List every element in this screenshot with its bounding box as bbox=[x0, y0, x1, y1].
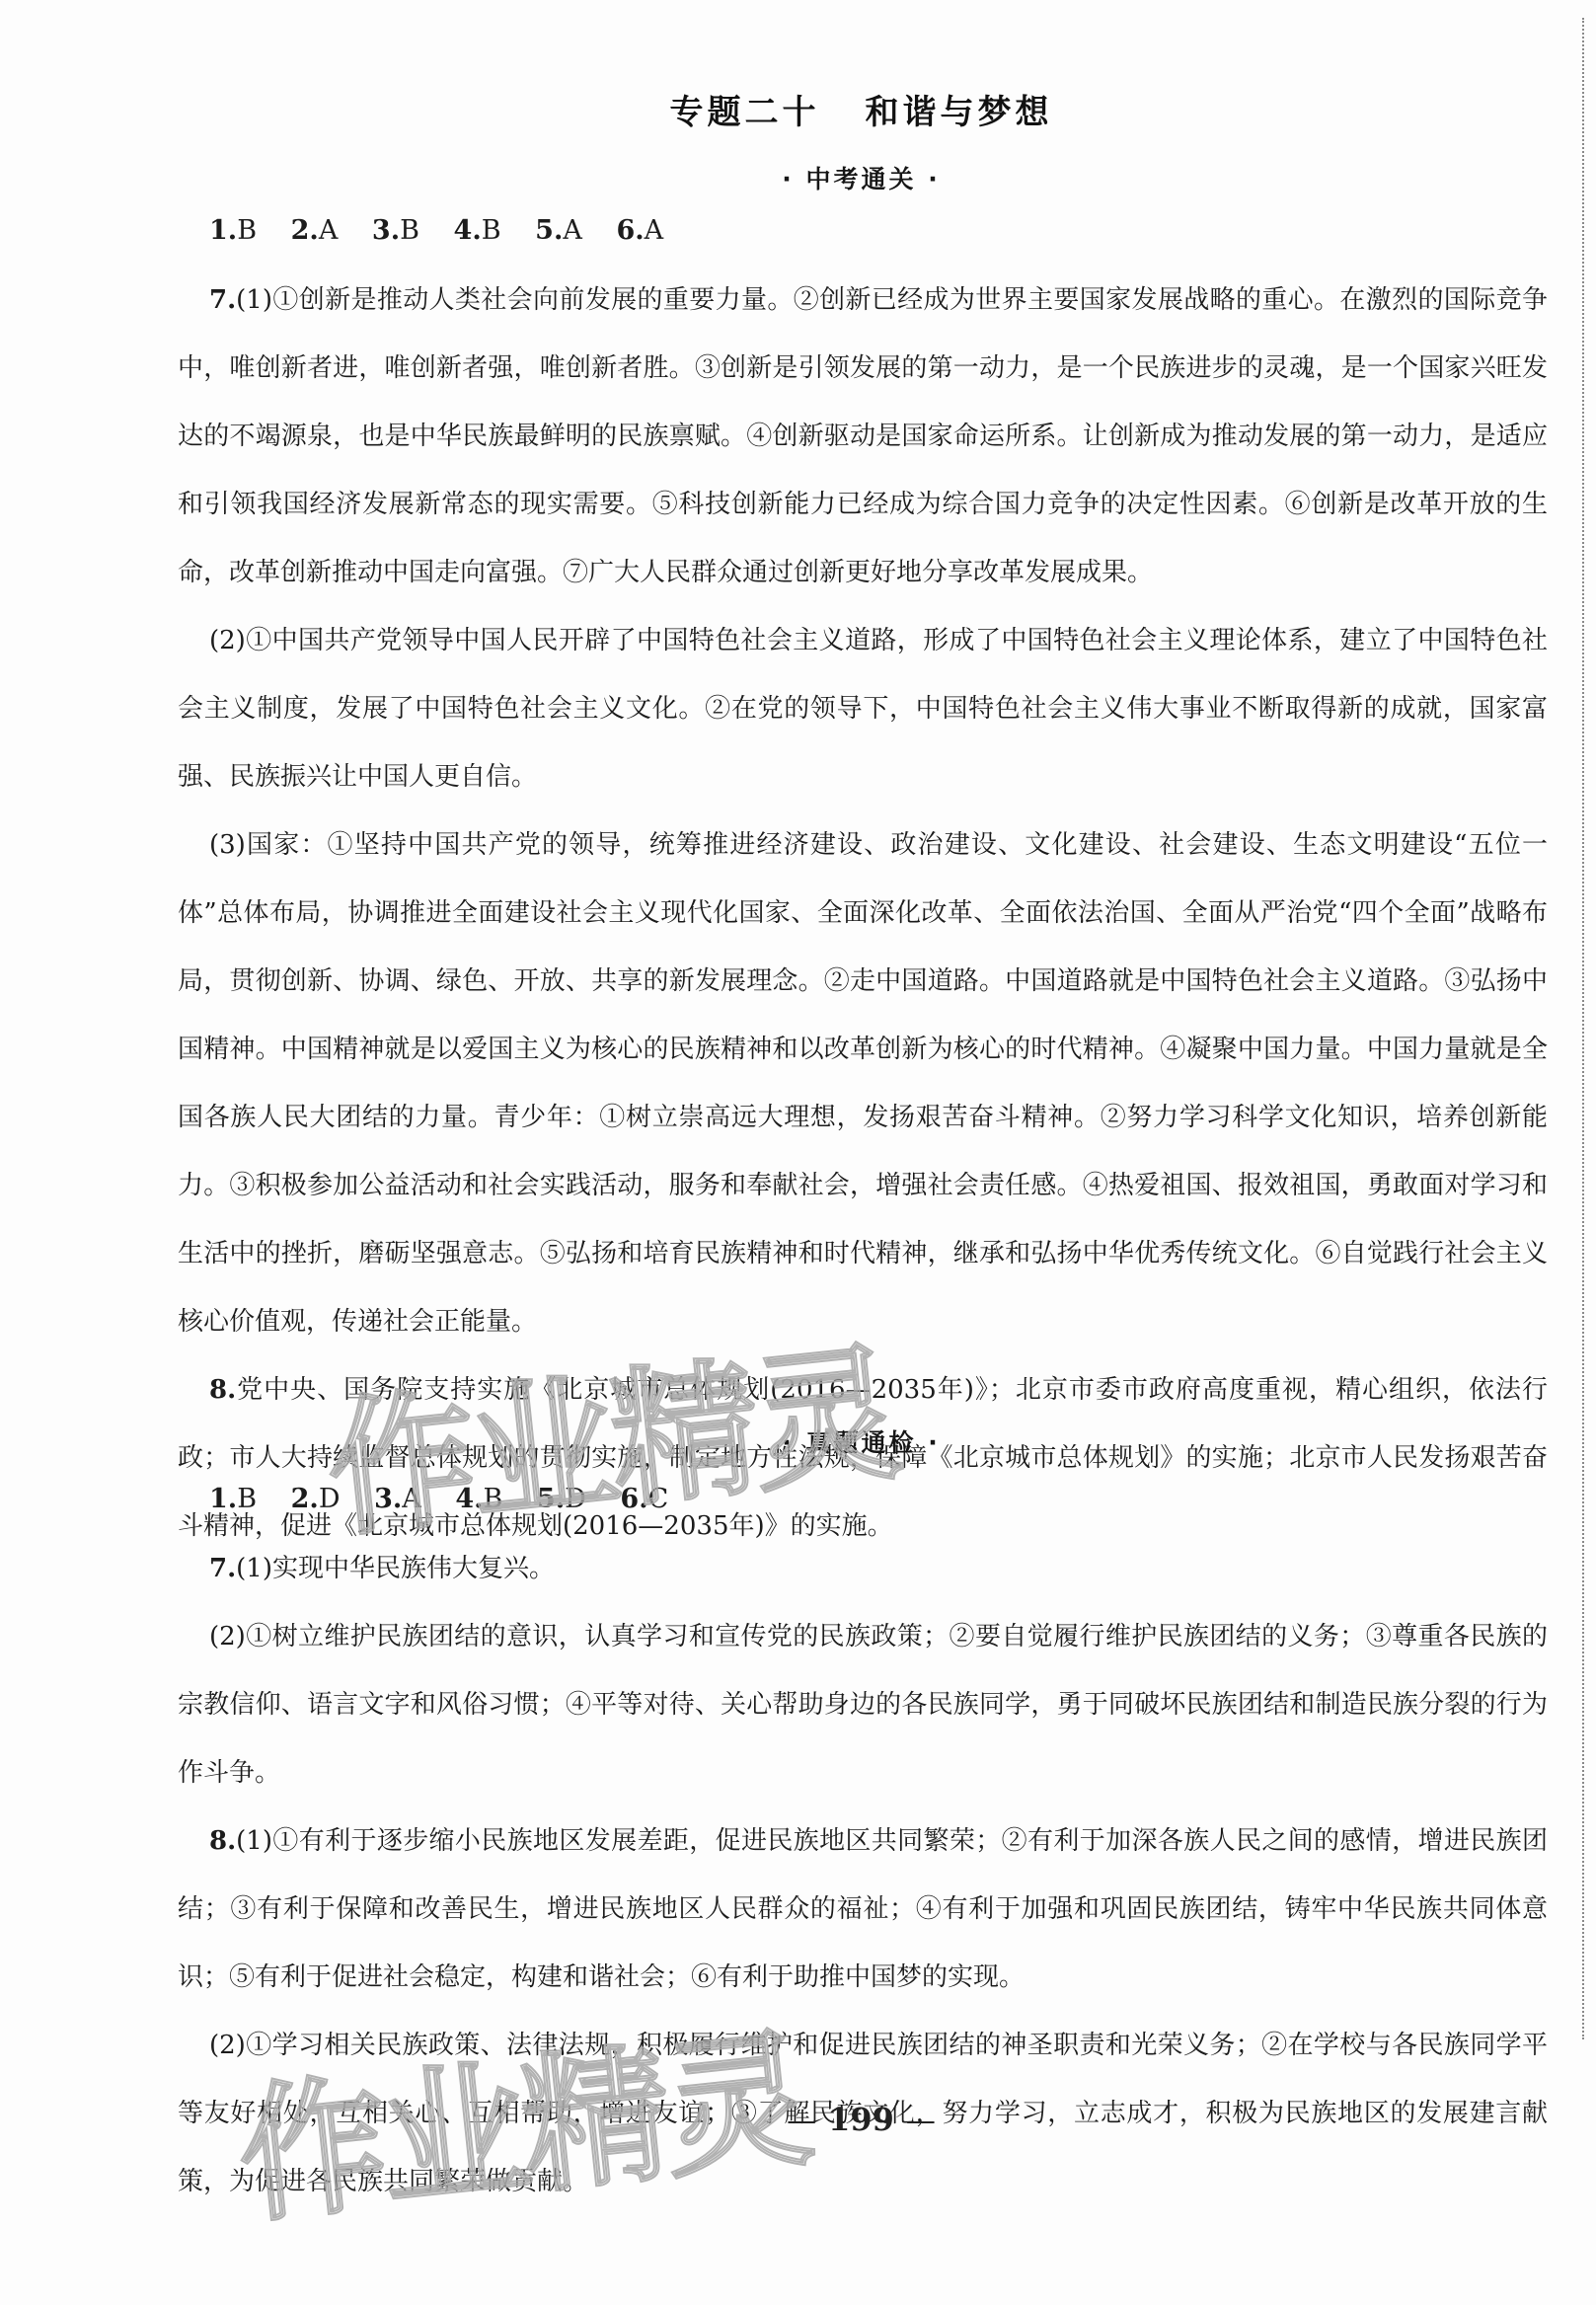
answer-item: 6.A bbox=[616, 215, 663, 246]
page-number: —199— bbox=[0, 2101, 1596, 2138]
answer-item: 1.B bbox=[209, 215, 257, 246]
answer-item: 4.B bbox=[455, 1484, 502, 1514]
q8-part1: 8.(1)①有利于逐步缩小民族地区发展差距，促进民族地区共同繁荣；②有利于加深各… bbox=[178, 1807, 1548, 2012]
answer-item: 5.A bbox=[535, 215, 582, 246]
answer-item: 4.B bbox=[454, 215, 501, 246]
page-title: 专题二十和谐与梦想 bbox=[0, 85, 1596, 133]
section2-choice-answers: 1.B 2.D 3.A 4.B 5.D 6.C bbox=[209, 1484, 694, 1514]
answer-item: 1.B bbox=[209, 1484, 257, 1514]
margin-dashed-rule bbox=[1582, 18, 1584, 2039]
answer-item: 3.B bbox=[372, 215, 419, 246]
answer-item: 5.D bbox=[537, 1484, 586, 1514]
title-topic-name: 和谐与梦想 bbox=[866, 93, 1053, 132]
q7-part1: 7.(1)①创新是推动人类社会向前发展的重要力量。②创新已经成为世界主要国家发展… bbox=[178, 267, 1548, 607]
title-topic-number: 专题二十 bbox=[670, 93, 820, 132]
q7-part3: (3)国家：①坚持中国共产党的领导，统筹推进经济建设、政治建设、文化建设、社会建… bbox=[178, 811, 1548, 1356]
answer-page: 专题二十和谐与梦想 · 中考通关 · 1.B 2.A 3.B 4.B 5.A 6… bbox=[0, 0, 1596, 2305]
answer-item: 6.C bbox=[620, 1484, 668, 1514]
answer-item: 2.D bbox=[291, 1484, 341, 1514]
q7-part2: (2)①中国共产党领导中国人民开辟了中国特色社会主义道路，形成了中国特色社会主义… bbox=[178, 607, 1548, 811]
q7-part1: 7.(1)实现中华民族伟大复兴。 bbox=[178, 1535, 1548, 1603]
section1-q7-answer: 7.(1)①创新是推动人类社会向前发展的重要力量。②创新已经成为世界主要国家发展… bbox=[178, 267, 1548, 1561]
section1-choice-answers: 1.B 2.A 3.B 4.B 5.A 6.A bbox=[209, 215, 689, 246]
q7-part2: (2)①树立维护民族团结的意识，认真学习和宣传党的民族政策；②要自觉履行维护民族… bbox=[178, 1603, 1548, 1807]
section-heading-zhenti: · 真题通检 · bbox=[0, 1423, 1596, 1459]
answer-item: 3.A bbox=[374, 1484, 421, 1514]
section-heading-zhongkao: · 中考通关 · bbox=[0, 160, 1596, 195]
answer-item: 2.A bbox=[291, 215, 339, 246]
